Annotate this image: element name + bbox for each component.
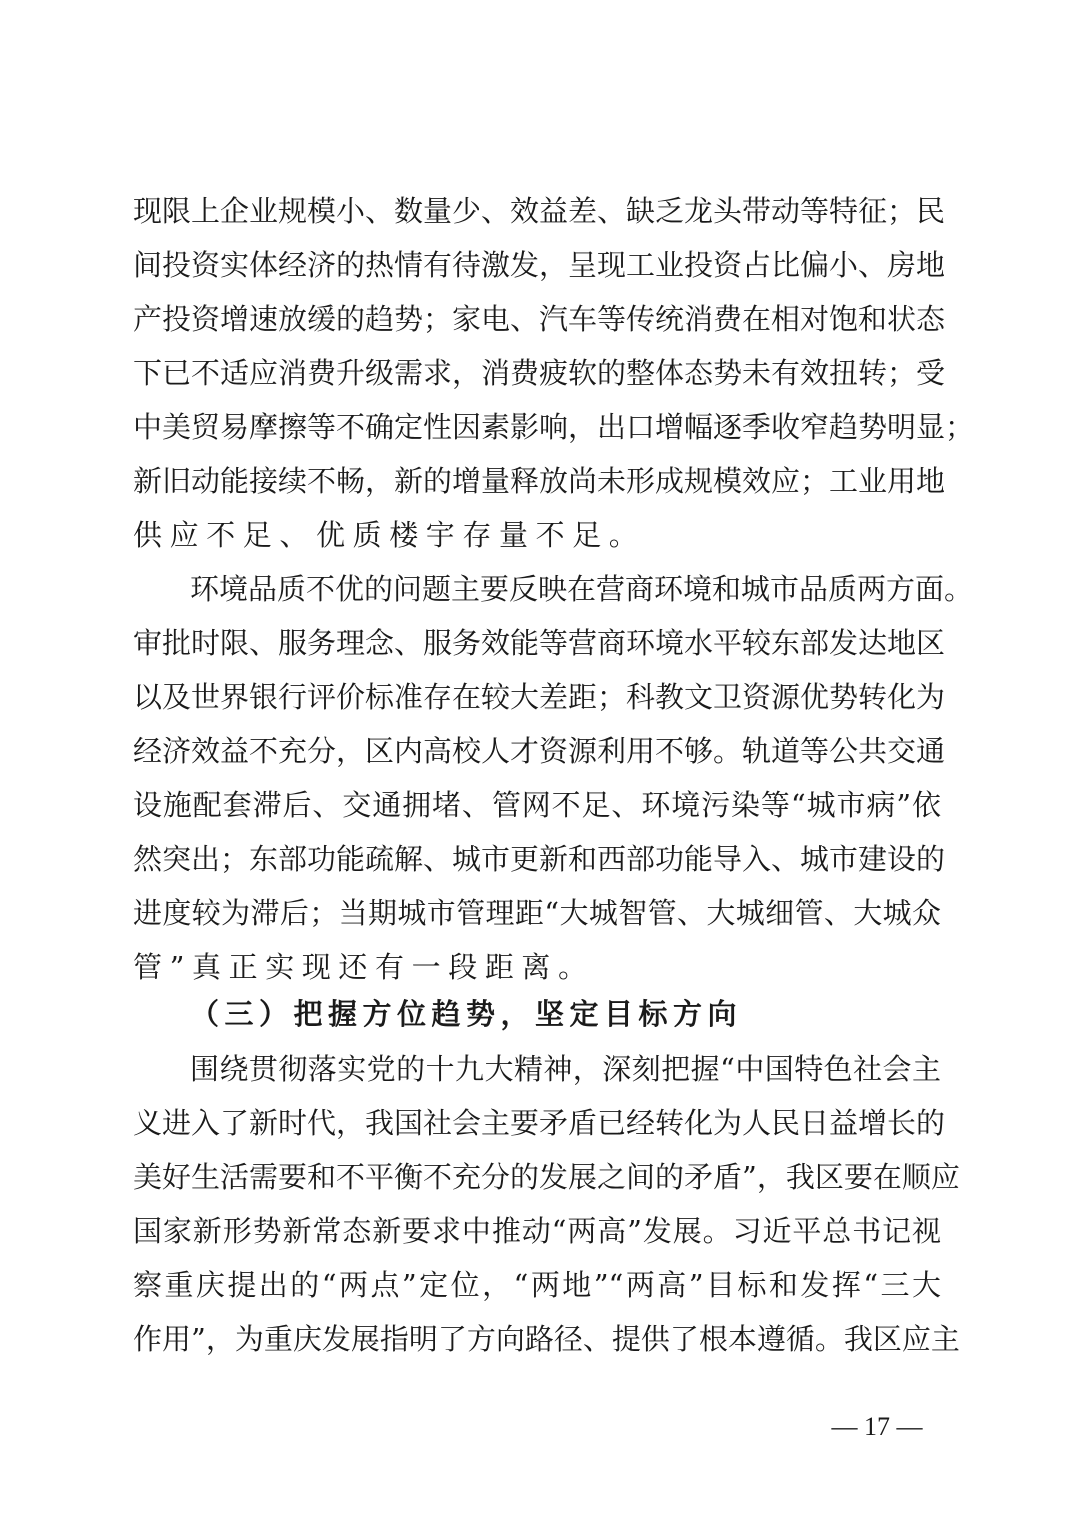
body-text-line: 然突出；东部功能疏解、城市更新和西部功能导入、城市建设的 [133,841,941,877]
body-text-line: 察重庆提出的“两点”定位，“两地”“两高”目标和发挥“三大 [133,1267,941,1303]
body-text-line: 现限上企业规模小、数量少、效益差、缺乏龙头带动等特征；民 [133,193,941,229]
body-text-line: 间投资实体经济的热情有待激发，呈现工业投资占比偏小、房地 [133,247,941,283]
body-text-line: 新旧动能接续不畅，新的增量释放尚未形成规模效应；工业用地 [133,463,941,499]
body-text-line: 下已不适应消费升级需求，消费疲软的整体态势未有效扭转；受 [133,355,941,391]
document-page: 现限上企业规模小、数量少、效益差、缺乏龙头带动等特征；民 间投资实体经济的热情有… [0,0,1074,1520]
section-heading: （三）把握方位趋势，坚定目标方向 [190,996,742,1032]
body-text-line: 环境品质不优的问题主要反映在营商环境和城市品质两方面。 [190,571,958,607]
body-text-line: 国家新形势新常态新要求中推动“两高”发展。习近平总书记视 [133,1213,941,1249]
body-text-line: 产投资增速放缓的趋势；家电、汽车等传统消费在相对饱和状态 [133,301,941,337]
body-text-line: 供应不足、优质楼宇存量不足。 [133,517,941,553]
body-text-line: 经济效益不充分，区内高校人才资源利用不够。轨道等公共交通 [133,733,941,769]
page-number: — 17 — [822,1412,932,1442]
body-text-line: 设施配套滞后、交通拥堵、管网不足、环境污染等“城市病”依 [133,787,941,823]
body-text-line: 作用”，为重庆发展指明了方向路径、提供了根本遵循。我区应主 [133,1321,941,1357]
body-text-line: 围绕贯彻落实党的十九大精神，深刻把握“中国特色社会主 [190,1051,941,1087]
body-text-line: 美好生活需要和不平衡不充分的发展之间的矛盾”，我区要在顺应 [133,1159,941,1195]
body-text-line: 进度较为滞后；当期城市管理距“大城智管、大城细管、大城众 [133,895,941,931]
body-text-line: 义进入了新时代，我国社会主要矛盾已经转化为人民日益增长的 [133,1105,941,1141]
body-text-line: 审批时限、服务理念、服务效能等营商环境水平较东部发达地区 [133,625,941,661]
body-text-line: 以及世界银行评价标准存在较大差距；科教文卫资源优势转化为 [133,679,941,715]
body-text-line: 管”真正实现还有一段距离。 [133,949,941,985]
body-text-line: 中美贸易摩擦等不确定性因素影响，出口增幅逐季收窄趋势明显； [133,409,955,445]
